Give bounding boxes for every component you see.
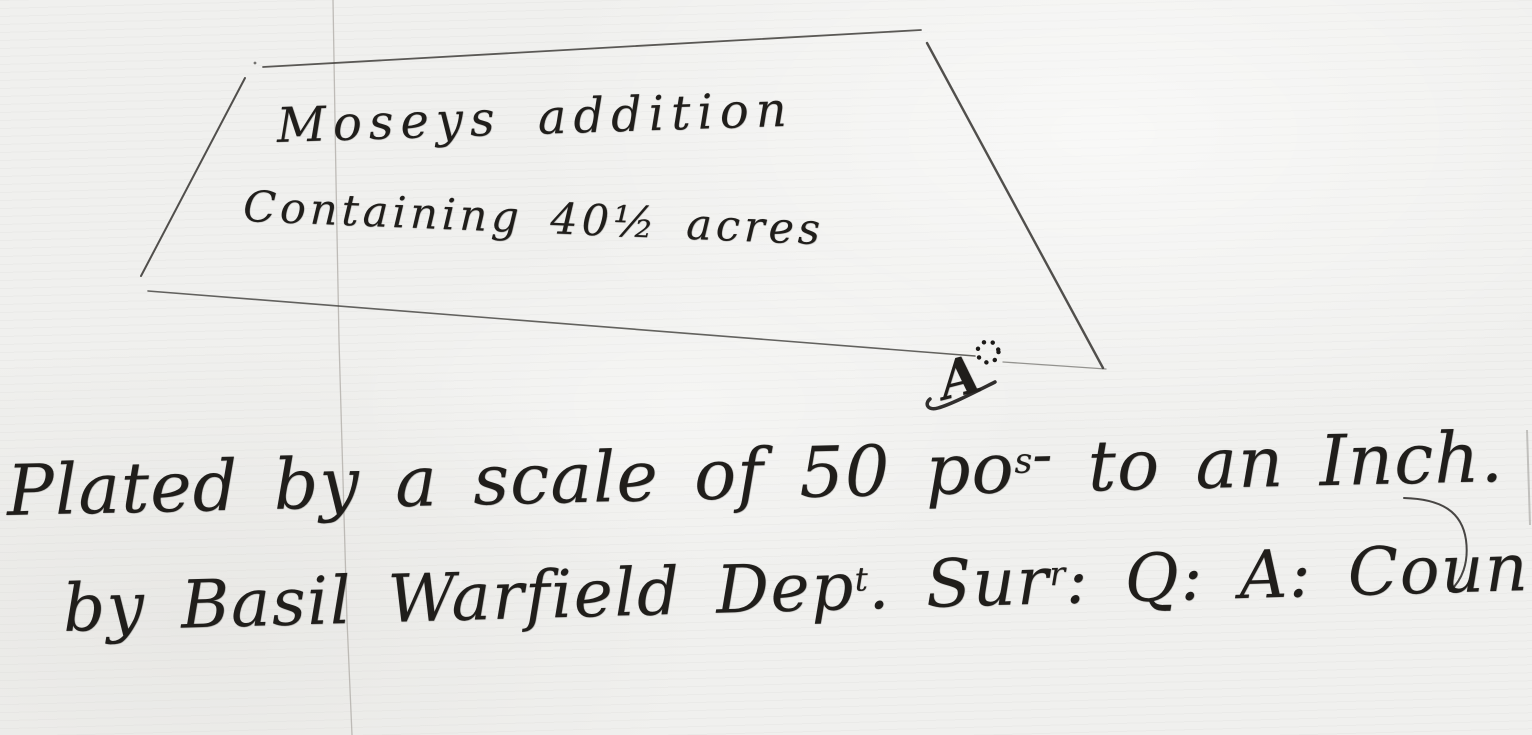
plat-outline-right-edge [927,43,1103,368]
perch-abbreviation-superscript: s [1014,441,1033,481]
plat-corner-tick [254,62,257,65]
plat-outline-bottom-edge-continuation [1003,362,1106,369]
dotted-circle-marker [978,342,999,363]
plat-document-page: Moseys addition Containing 40½ acres A P… [0,0,1532,735]
scale-dash: - [1031,421,1053,490]
surveyor-superscript: r [1049,554,1066,593]
surveyor-caption-mid: . Sur [867,542,1051,624]
perch-abbreviation: pos [925,427,1034,511]
plat-outline-top-edge [263,30,921,67]
scale-caption-tail: to an Inch. [1052,416,1505,508]
scan-edge-mark [1527,430,1530,525]
plat-outline-bottom-edge [148,291,975,356]
surveyor-caption-tail: : Q: A: County [1064,527,1532,619]
perch-abbreviation-base: po [925,427,1016,511]
plat-outline-left-edge [141,78,245,276]
